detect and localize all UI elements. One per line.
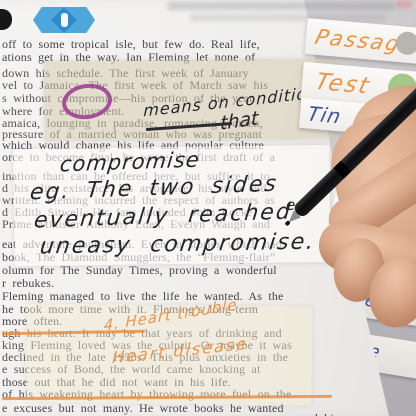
handwriting-uneasy-compromise: uneasy compromise. — [38, 230, 316, 260]
showthrough-text-blur — [168, 2, 394, 10]
handwriting-compromise: compromise — [59, 148, 201, 177]
unit-marker-bar-icon — [61, 13, 68, 27]
index-tab-passage: Passage — [305, 18, 416, 64]
book-annotation-photo: Read The off to some tropical isle, but … — [0, 0, 416, 416]
book-text-line: Fleming managed to live the life he want… — [2, 290, 284, 302]
showthrough-mark — [396, 1, 412, 8]
book-text-line: r rebukes. — [2, 277, 54, 289]
book-text-line: and his — [300, 412, 339, 416]
book-text-line: off to some tropical isle, but few do. R… — [2, 38, 260, 50]
unit-marker-icon — [33, 7, 95, 33]
showthrough-text-blur — [190, 14, 386, 21]
